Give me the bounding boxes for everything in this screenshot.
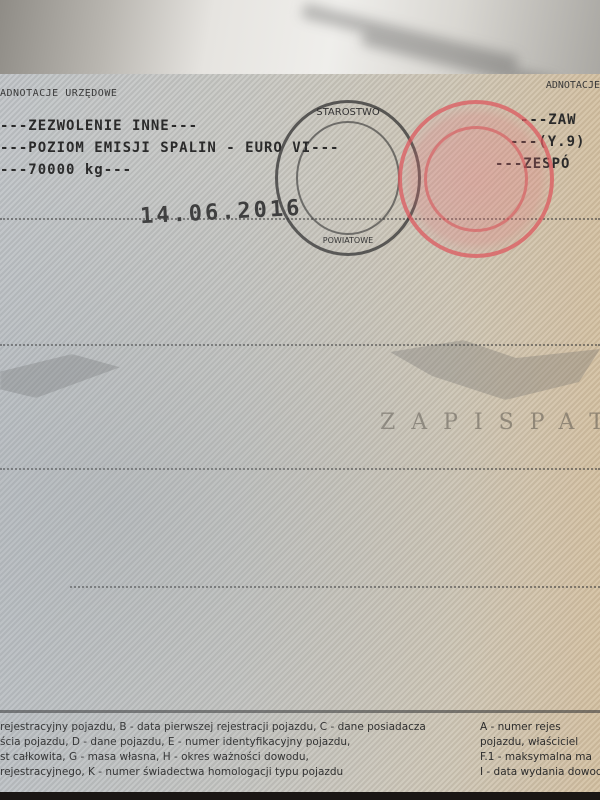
legend-line: pojazdu, właściciel <box>480 735 600 750</box>
stamp-inner-ring <box>296 121 400 235</box>
eagle-watermark-right <box>390 340 600 400</box>
photo-bottom-edge <box>0 792 600 800</box>
watermark-text: ZAPISPAT <box>380 410 600 435</box>
legend-line: A - numer rejes <box>480 720 600 735</box>
dotted-rule <box>70 586 600 588</box>
legend-line: rejestracyjny pojazdu, B - data pierwsze… <box>0 720 430 735</box>
section-header-right: ADNOTACJE <box>546 80 600 91</box>
field-legend-right: A - numer rejes pojazdu, właściciel F.1 … <box>480 720 600 780</box>
stamp-top-text: STAROSTWO <box>278 107 418 118</box>
typed-annotation: ---70000 kg--- <box>0 162 132 178</box>
legend-line: I - data wydania dowodu <box>480 765 600 780</box>
stamp-bottom-text: POWIATOWE <box>278 236 418 245</box>
registration-document-page: ADNOTACJE URZĘDOWE ADNOTACJE ---ZEZWOLEN… <box>0 74 600 800</box>
typed-annotation: ---ZEZWOLENIE INNE--- <box>0 118 198 134</box>
dotted-rule <box>0 468 600 470</box>
legend-line: F.1 - maksymalna ma <box>480 750 600 765</box>
dotted-rule <box>0 344 600 346</box>
legend-line: ścia pojazdu, D - dane pojazdu, E - nume… <box>0 735 430 750</box>
legend-line: rejestracyjnego, K - numer świadectwa ho… <box>0 765 430 780</box>
section-divider <box>0 710 600 713</box>
field-legend-left: rejestracyjny pojazdu, B - data pierwsze… <box>0 720 430 780</box>
date-stamp: 14.06.2016 <box>139 196 303 229</box>
red-official-stamp <box>398 100 554 258</box>
red-stamp-inner-ring <box>424 126 528 232</box>
section-header: ADNOTACJE URZĘDOWE <box>0 88 117 99</box>
legend-line: st całkowita, G - masa własna, H - okres… <box>0 750 430 765</box>
eagle-watermark-left <box>0 354 120 398</box>
